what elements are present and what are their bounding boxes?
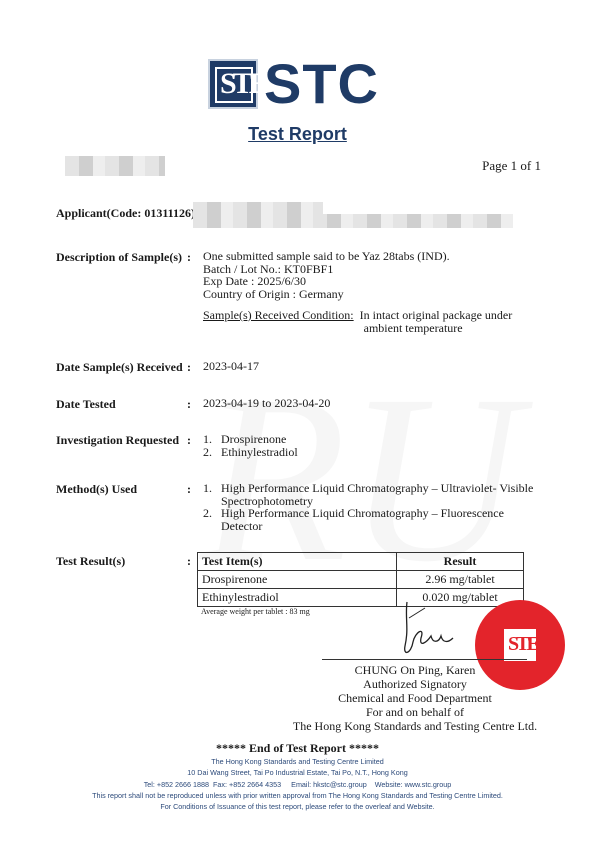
footer-disclaimer: This report shall not be reproduced unle…: [0, 790, 595, 801]
results-colon: :: [187, 554, 191, 569]
redacted-report-number: [65, 156, 165, 176]
signatory-name: CHUNG On Ping, Karen: [300, 663, 530, 677]
applicant-label: Applicant(Code: 01311126) :: [56, 206, 202, 221]
ste-logo-icon: STE: [208, 59, 258, 109]
item-number: 2.: [203, 446, 221, 459]
signature-line: [322, 659, 527, 660]
date-received-label: Date Sample(s) Received: [56, 360, 183, 375]
page-title: Test Report: [0, 124, 595, 145]
list-item: 1.High Performance Liquid Chromatography…: [203, 482, 533, 507]
methods-label: Method(s) Used: [56, 482, 137, 497]
stc-logo: STE STC: [208, 58, 379, 110]
cell-item: Ethinylestradiol: [198, 589, 397, 607]
condition-line-2: ambient temperature: [364, 321, 463, 335]
description-value: One submitted sample said to be Yaz 28ta…: [203, 250, 512, 334]
date-received-colon: :: [187, 360, 191, 375]
footer: The Hong Kong Standards and Testing Cent…: [0, 756, 595, 812]
cell-item: Drospirenone: [198, 571, 397, 589]
average-weight-note: Average weight per tablet : 83 mg: [201, 607, 524, 616]
cell-result: 2.96 mg/tablet: [397, 571, 524, 589]
sample-description: One submitted sample said to be Yaz 28ta…: [203, 250, 512, 263]
list-item: 2.Ethinylestradiol: [203, 446, 298, 459]
page-number: Page 1 of 1: [482, 158, 541, 174]
date-tested-value: 2023-04-19 to 2023-04-20: [203, 397, 330, 410]
redacted-applicant: [193, 202, 323, 214]
table-header-row: Test Item(s) Result: [198, 553, 524, 571]
condition-value: In intact original package under ambient…: [360, 309, 513, 334]
signature-icon: [395, 598, 475, 660]
methods-list: 1.High Performance Liquid Chromatography…: [203, 482, 533, 532]
item-text: Drospirenone: [221, 433, 286, 446]
signatory-role: Authorized Signatory: [300, 677, 530, 691]
method-line-1: High Performance Liquid Chromatography –…: [221, 506, 504, 520]
condition-label: Sample(s) Received Condition:: [203, 309, 354, 334]
item-number: 2.: [203, 507, 221, 532]
item-text: High Performance Liquid Chromatography –…: [221, 507, 504, 532]
investigation-label: Investigation Requested: [56, 433, 179, 448]
item-number: 1.: [203, 482, 221, 507]
company-name: The Hong Kong Standards and Testing Cent…: [280, 719, 550, 733]
footer-address: 10 Dai Wang Street, Tai Po Industrial Es…: [0, 767, 595, 778]
date-tested-label: Date Tested: [56, 397, 116, 412]
received-condition: Sample(s) Received Condition: In intact …: [203, 309, 512, 334]
seal-mark: STE: [508, 633, 537, 656]
footer-company: The Hong Kong Standards and Testing Cent…: [0, 756, 595, 767]
signatory-department: Chemical and Food Department: [300, 691, 530, 705]
item-number: 1.: [203, 433, 221, 446]
investigation-colon: :: [187, 433, 191, 448]
signatory-block: CHUNG On Ping, Karen Authorized Signator…: [300, 663, 530, 733]
redacted-applicant-address: [193, 214, 513, 228]
methods-colon: :: [187, 482, 191, 497]
description-colon: :: [187, 250, 191, 265]
header-result: Result: [397, 553, 524, 571]
method-line-2: Detector: [221, 519, 262, 533]
country-origin: Country of Origin : Germany: [203, 288, 512, 301]
header-test-item: Test Item(s): [198, 553, 397, 571]
item-text: High Performance Liquid Chromatography –…: [221, 482, 533, 507]
investigation-list: 1.Drospirenone 2.Ethinylestradiol: [203, 433, 298, 458]
condition-line-1: In intact original package under: [360, 308, 513, 322]
date-received-value: 2023-04-17: [203, 360, 259, 373]
footer-contact: Tel: +852 2666 1888 Fax: +852 2664 4353 …: [0, 779, 595, 790]
end-of-report: ***** End of Test Report *****: [0, 741, 595, 756]
brand-name: STC: [264, 58, 379, 110]
table-row: Drospirenone 2.96 mg/tablet: [198, 571, 524, 589]
results-label: Test Result(s): [56, 554, 125, 569]
item-text: Ethinylestradiol: [221, 446, 298, 459]
list-item: 2.High Performance Liquid Chromatography…: [203, 507, 533, 532]
date-tested-colon: :: [187, 397, 191, 412]
footer-conditions: For Conditions of Issuance of this test …: [0, 801, 595, 812]
description-label: Description of Sample(s): [56, 250, 182, 265]
on-behalf: For and on behalf of: [300, 705, 530, 719]
exp-date: Exp Date : 2025/6/30: [203, 275, 512, 288]
list-item: 1.Drospirenone: [203, 433, 298, 446]
